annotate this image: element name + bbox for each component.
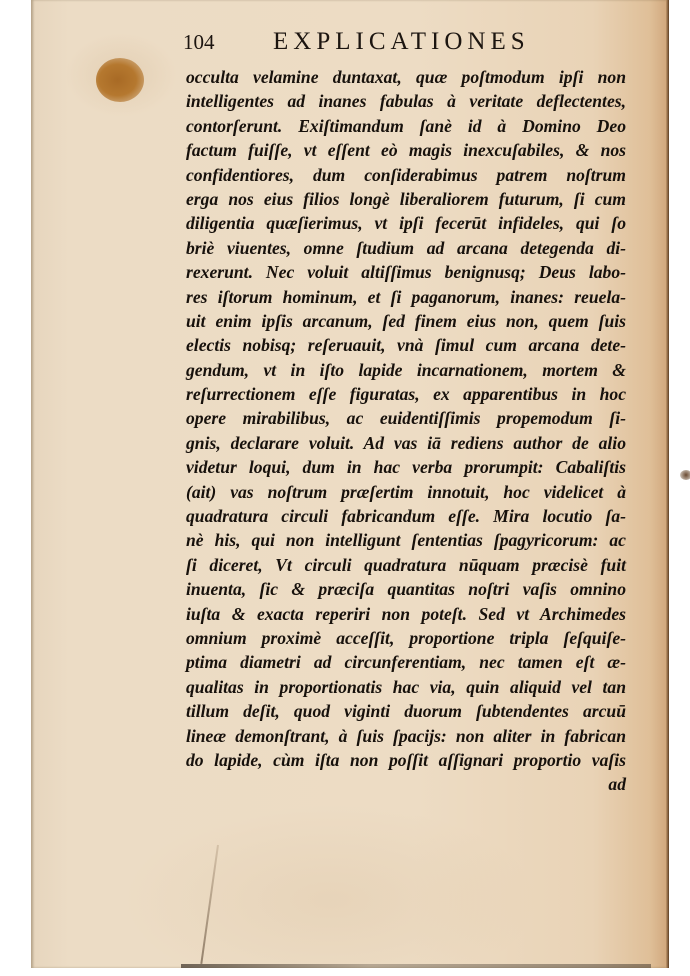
- text-line: confidentiores, dum conſiderabimus patre…: [186, 163, 626, 187]
- catchword: ad: [186, 772, 626, 796]
- text-line: intelligentes ad inanes fabulas à verita…: [186, 89, 626, 113]
- text-line: briè viuentes, omne ſtudium ad arcana de…: [186, 236, 626, 260]
- text-line: uit enim ipſis arcanum, ſed finem eius n…: [186, 309, 626, 333]
- text-line: tillum deſit, quod viginti duorum ſubten…: [186, 699, 626, 723]
- text-line: reſurrectionem eſſe figuratas, ex appare…: [186, 382, 626, 406]
- text-line: ſi diceret, Vt circuli quadratura nūquam…: [186, 553, 626, 577]
- text-line: do lapide, cùm iſta non poſſit aſſignari…: [186, 748, 626, 772]
- text-line: inuenta, ſic & præciſa quantitas noſtri …: [186, 577, 626, 601]
- text-line: quadratura circuli fabricandum eſſe. Mir…: [186, 504, 626, 528]
- page-bottom-shadow: [181, 964, 651, 968]
- page-edge: [666, 0, 669, 968]
- text-line: erga nos eius filios longè liberaliorem …: [186, 187, 626, 211]
- small-stain: [680, 470, 690, 480]
- text-line: omnium proximè acceſſit, proportione tri…: [186, 626, 626, 650]
- text-line: nè his, qui non intelligunt ſententias ſ…: [186, 528, 626, 552]
- text-line: videtur loqui, dum in hac verba prorumpi…: [186, 455, 626, 479]
- ink-stain: [96, 58, 144, 102]
- text-line: factum fuiſſe, vt eſſent eò magis inexcu…: [186, 138, 626, 162]
- paper-crease: [200, 845, 219, 964]
- text-line: (ait) vas noſtrum præſertim innotuit, ho…: [186, 480, 626, 504]
- text-line: gnis, declarare voluit. Ad vas iā redien…: [186, 431, 626, 455]
- text-line: iuſta & exacta reperiri non poteſt. Sed …: [186, 602, 626, 626]
- running-head: EXPLICATIONES: [273, 28, 530, 56]
- text-line: electis nobisq; reſeruauit, vnà ſimul cu…: [186, 333, 626, 357]
- text-line: res iſtorum hominum, et ſi paganorum, in…: [186, 285, 626, 309]
- text-line: occulta velamine duntaxat, quæ poſtmodum…: [186, 65, 626, 89]
- text-line: ptima diametri ad circunferentiam, nec t…: [186, 650, 626, 674]
- page-number: 104: [183, 30, 215, 55]
- text-line: contorſerunt. Exiſtimandum ſanè id à Dom…: [186, 114, 626, 138]
- text-line: qualitas in proportionatis hac via, quin…: [186, 675, 626, 699]
- text-line: rexerunt. Nec voluit altiſſimus benignus…: [186, 260, 626, 284]
- page-header: 104 EXPLICATIONES: [183, 28, 603, 58]
- text-line: gendum, vt in iſto lapide incarnationem,…: [186, 358, 626, 382]
- text-line: diligentia quæſierimus, vt ipſi fecerūt …: [186, 211, 626, 235]
- text-line: lineæ demonſtrant, à ſuis ſpacijs: non a…: [186, 724, 626, 748]
- body-text: occulta velamine duntaxat, quæ poſtmodum…: [186, 65, 626, 797]
- text-line: opere mirabilibus, ac euidentiſſimis pro…: [186, 406, 626, 430]
